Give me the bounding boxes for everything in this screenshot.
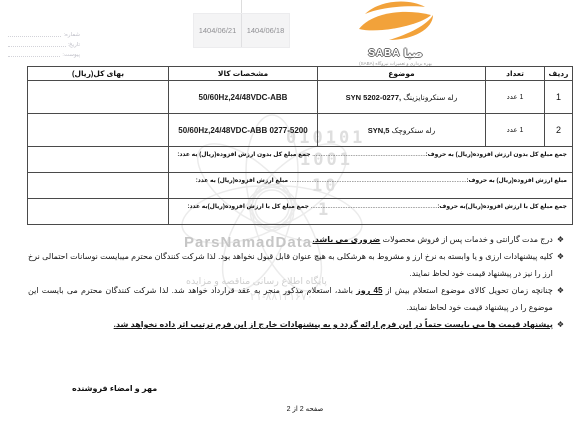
- date-box: 1404/06/21 1404/06/18: [193, 13, 290, 48]
- summary-label-words: جمع مبلغ کل با ارزش افزوده(ریال)به حروف:: [437, 204, 567, 210]
- note-bullet-icon: ❖: [557, 316, 564, 333]
- note-item-delivery: ❖ چنانچه زمان تحویل کالای موضوع استعلام …: [28, 282, 564, 316]
- saba-logo-latin: SABA: [368, 48, 400, 59]
- row-subject-code: SYN,5: [368, 126, 390, 135]
- saba-logo: SABA صبا بهره برداری و تعمیرات نیروگاه (…: [338, 1, 453, 67]
- dotted-fill-line: ........................................…: [312, 152, 425, 158]
- row-subject-fa: رله سنکرونایزینگ: [403, 93, 457, 102]
- meta-number-label: شماره:: [63, 32, 80, 38]
- date-value-2: 1404/06/18: [241, 14, 289, 47]
- row-qty: 1 عدد: [486, 114, 545, 147]
- dotted-fill-line: ........................................…: [290, 178, 467, 184]
- items-table: ردیف تعداد موضوع مشخصات کالا بهای کل(ریا…: [27, 66, 573, 225]
- note-item-warranty: ❖ درج مدت گارانتی و خدمات پس از فروش محص…: [28, 231, 564, 248]
- row-price-cell: [28, 81, 169, 114]
- saba-swoosh-icon: [351, 1, 441, 41]
- date-box-tick: [241, 0, 242, 13]
- note-bullet-icon: ❖: [557, 282, 564, 316]
- note-item-currency: ❖ کلیه پیشنهادات ارزی و یا وابسته به نرخ…: [28, 248, 564, 282]
- row-no: 2: [545, 114, 573, 147]
- row-subject: رله سنکروچک SYN,5: [318, 114, 486, 147]
- saba-logo-farsi: صبا: [404, 47, 423, 60]
- meta-attachment-line: [8, 56, 60, 57]
- summary-price-cell: [28, 147, 169, 173]
- row-no: 1: [545, 81, 573, 114]
- meta-date-line: [8, 46, 66, 47]
- note-text: چنانچه زمان تحویل کالای موضوع استعلام بی…: [28, 282, 553, 316]
- row-spec: 50/60Hz,24/48VDC-ABB 0277-5200: [169, 114, 318, 147]
- summary-row-vat: مبلغ ارزش افزوده(ریال) به حروف:.........…: [28, 173, 573, 199]
- letterhead-meta: شماره: تاریخ: پیوست:: [8, 28, 80, 58]
- summary-price-cell: [28, 199, 169, 225]
- note-bullet-icon: ❖: [557, 248, 564, 282]
- meta-attachment-label: پیوست:: [62, 52, 80, 58]
- table-row: 1 1 عدد رله سنکرونایزینگ SYN 5202-0277, …: [28, 81, 573, 114]
- summary-text: مبلغ ارزش افزوده(ریال) به حروف:.........…: [169, 173, 573, 199]
- inquiry-form-page: 010101 1001 10 1 ParsNamadData پایگاه اط…: [0, 0, 576, 438]
- summary-label-digits: جمع مبلغ کل با ارزش افزوده(ریال)به عدد:: [187, 204, 309, 210]
- meta-attachment-row: پیوست:: [8, 48, 80, 58]
- row-subject-code: SYN 5202-0277,: [346, 93, 401, 102]
- row-subject-fa: رله سنکروچک: [391, 126, 435, 135]
- summary-text: جمع مبلغ کل با ارزش افزوده(ریال)به حروف:…: [169, 199, 573, 225]
- note-text: پیشنهاد قیمت ها می بایست حتماً در این فر…: [28, 316, 553, 333]
- row-qty: 1 عدد: [486, 81, 545, 114]
- summary-text: جمع مبلغ کل بدون ارزش افزوده(ریال) به حر…: [169, 147, 573, 173]
- summary-price-cell: [28, 173, 169, 199]
- note-text: درج مدت گارانتی و خدمات پس از فروش محصول…: [28, 231, 553, 248]
- dotted-fill-line: ........................................…: [311, 204, 438, 210]
- meta-number-line: [8, 36, 61, 37]
- note-text: کلیه پیشنهادات ارزی و یا وابسته به نرخ ا…: [28, 248, 553, 282]
- note-bullet-icon: ❖: [557, 231, 564, 248]
- col-header-row-no: ردیف: [545, 67, 573, 81]
- summary-row-total-with-vat: جمع مبلغ کل با ارزش افزوده(ریال)به حروف:…: [28, 199, 573, 225]
- summary-label-words: مبلغ ارزش افزوده(ریال) به حروف:: [467, 178, 568, 184]
- meta-date-label: تاریخ:: [68, 42, 80, 48]
- note-item-form-only: ❖ پیشنهاد قیمت ها می بایست حتماً در این …: [28, 316, 564, 333]
- col-header-subject: موضوع: [318, 67, 486, 81]
- summary-label-words: جمع مبلغ کل بدون ارزش افزوده(ریال) به حر…: [426, 152, 567, 158]
- meta-date-row: تاریخ:: [8, 38, 80, 48]
- terms-notes: ❖ درج مدت گارانتی و خدمات پس از فروش محص…: [28, 231, 564, 333]
- col-header-spec: مشخصات کالا: [169, 67, 318, 81]
- row-spec: 50/60Hz,24/48VDC-ABB: [169, 81, 318, 114]
- page-number: صفحه 2 از 2: [255, 405, 355, 413]
- table-row: 2 1 عدد رله سنکروچک SYN,5 50/60Hz,24/48V…: [28, 114, 573, 147]
- summary-label-digits: مبلغ ارزش افزوده(ریال) به عدد:: [196, 178, 288, 184]
- seller-signature-label: مهر و امضاء فروشنده: [72, 384, 157, 393]
- table-header-row: ردیف تعداد موضوع مشخصات کالا بهای کل(ریا…: [28, 67, 573, 81]
- row-subject: رله سنکرونایزینگ SYN 5202-0277,: [318, 81, 486, 114]
- col-header-total-price: بهای کل(ریال): [28, 67, 169, 81]
- summary-label-digits: جمع مبلغ کل بدون ارزش افزوده(ریال) به عد…: [177, 152, 310, 158]
- row-price-cell: [28, 114, 169, 147]
- meta-number-row: شماره:: [8, 28, 80, 38]
- date-value-1: 1404/06/21: [194, 14, 241, 47]
- summary-row-total-without-vat: جمع مبلغ کل بدون ارزش افزوده(ریال) به حر…: [28, 147, 573, 173]
- col-header-qty: تعداد: [486, 67, 545, 81]
